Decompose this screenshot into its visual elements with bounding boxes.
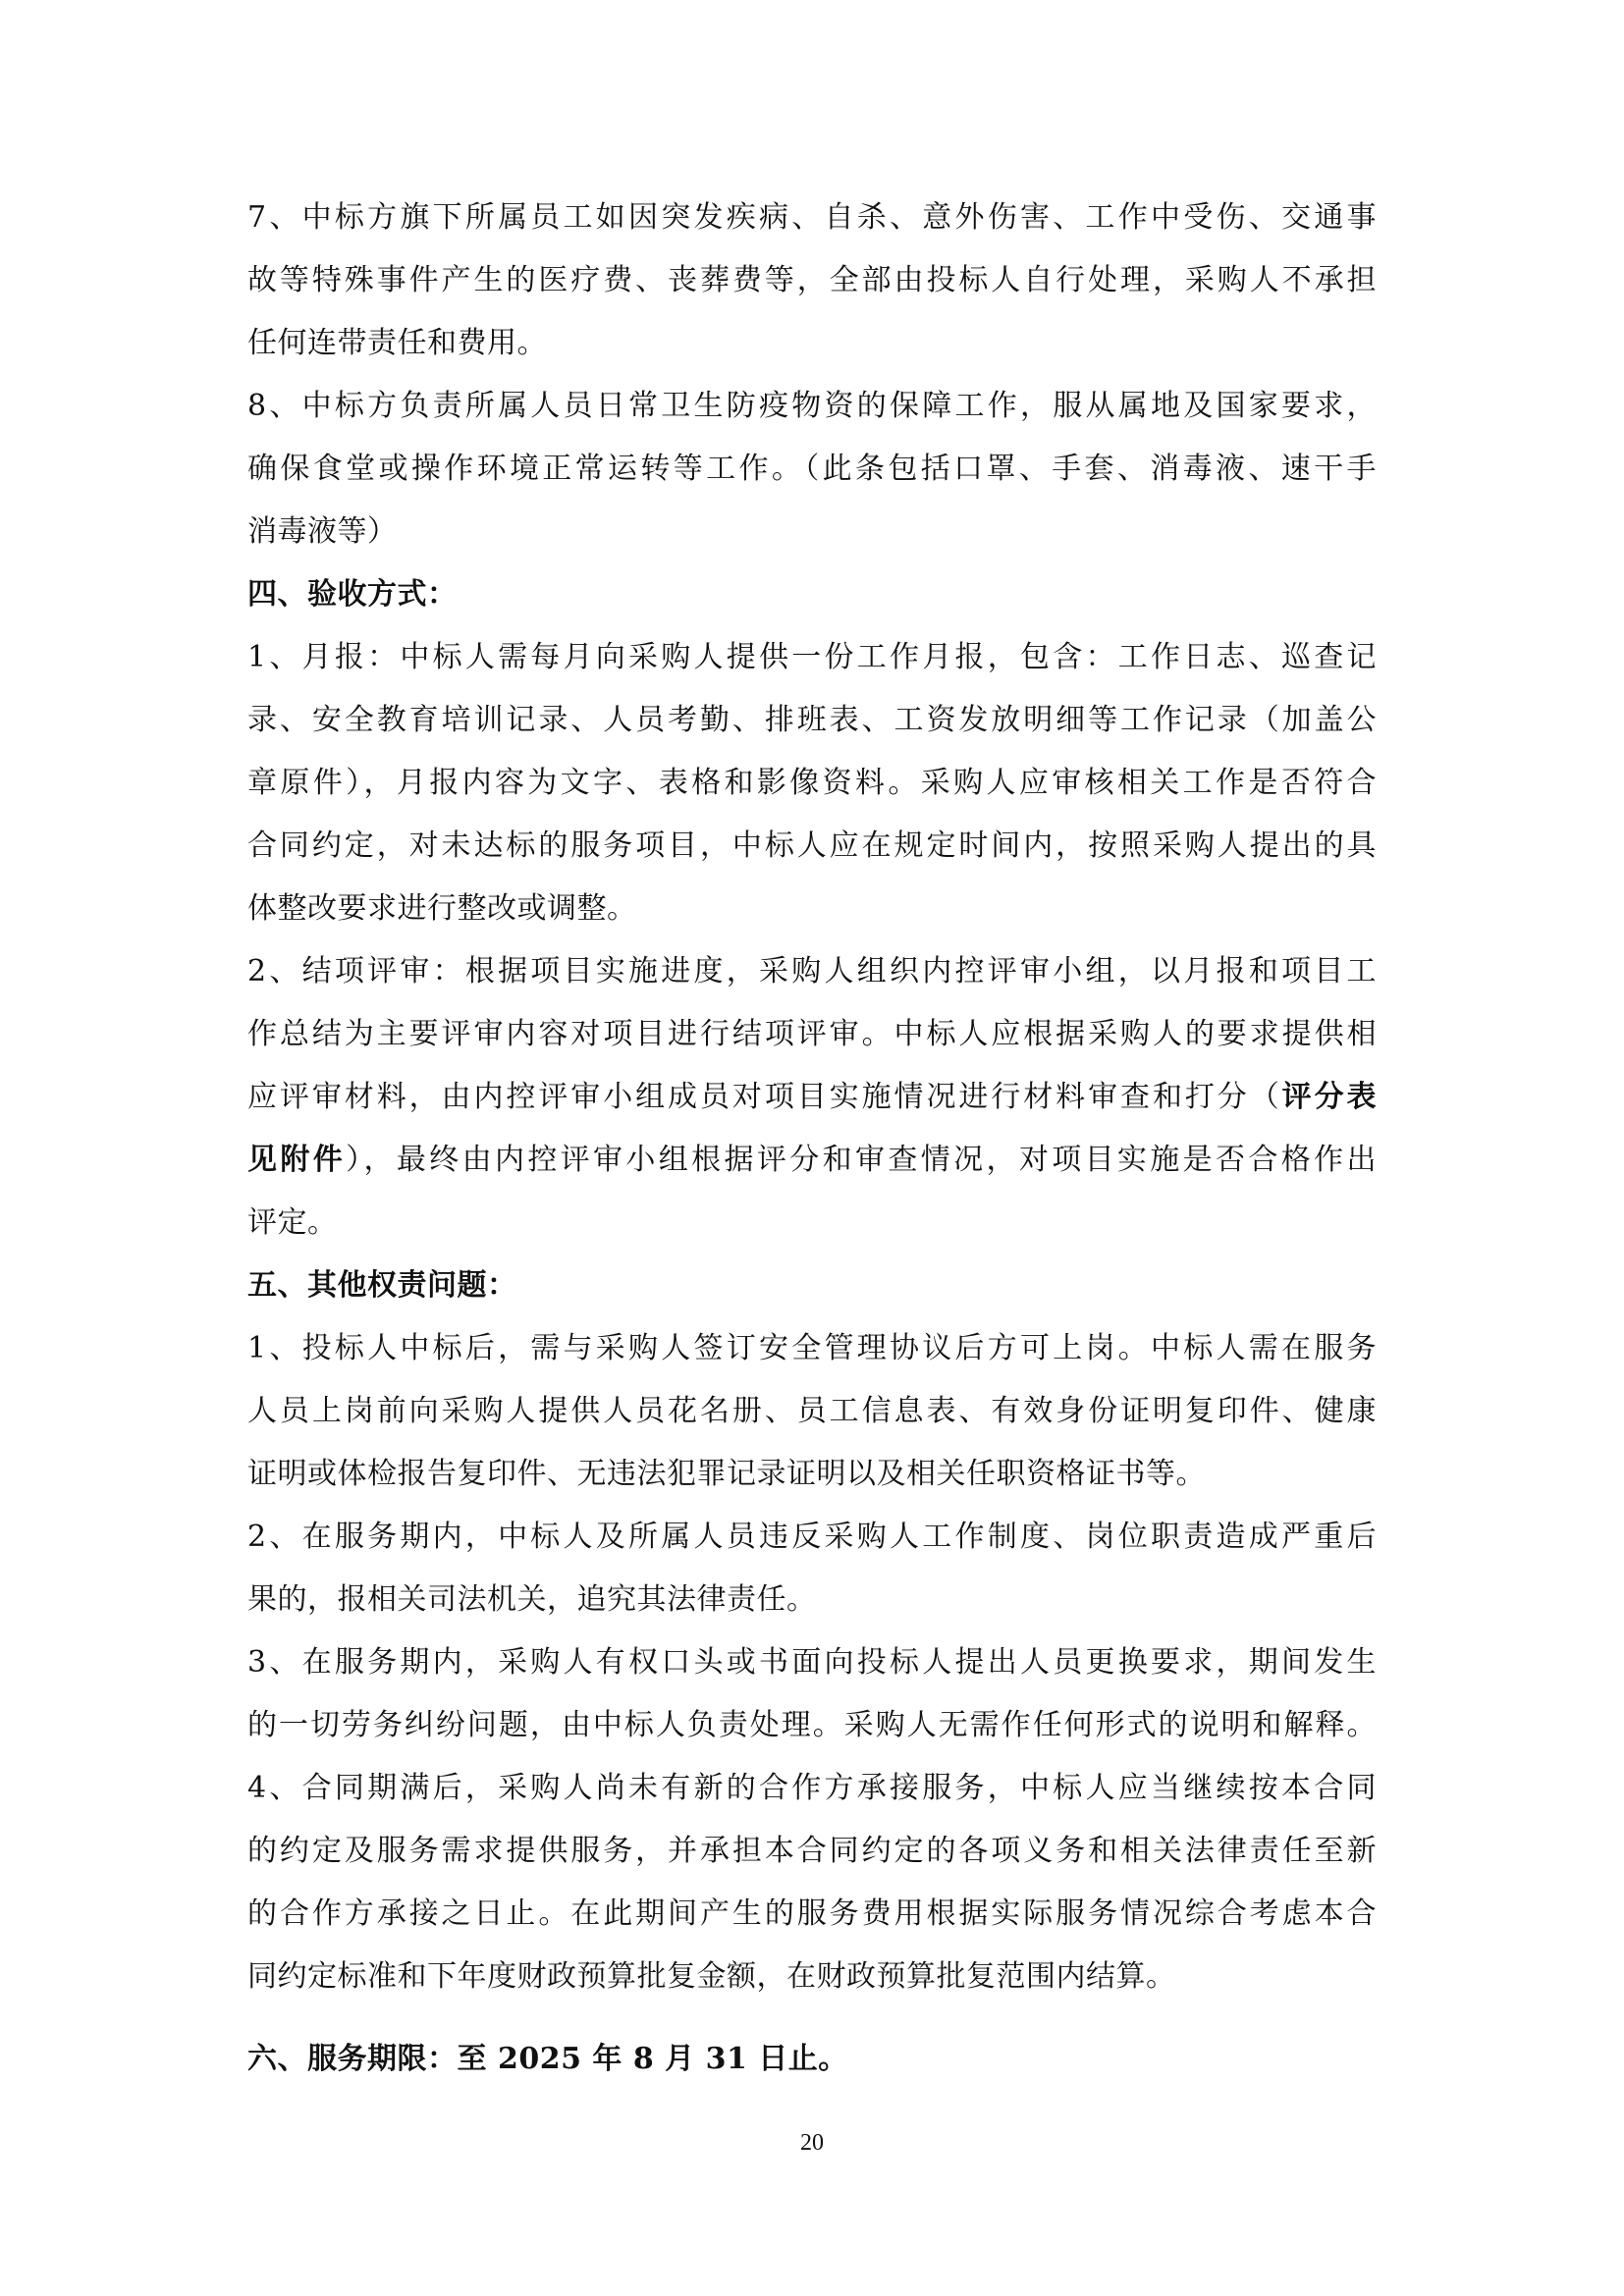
s5-item1-line-3: 证明或体检报告复印件、无违法犯罪记录证明以及相关任职资格证书等。 bbox=[247, 1455, 1377, 1494]
s5-item3-line-2: 的一切劳务纠纷问题，由中标人负责处理。采购人无需作任何形式的说明和解释。 bbox=[247, 1706, 1377, 1745]
s4-item1-line-1: 1、月报：中标人需每月向采购人提供一份工作月报，包含：工作日志、巡查记 bbox=[247, 638, 1377, 677]
s5-item2-line-2: 果的，报相关司法机关，追究其法律责任。 bbox=[247, 1580, 1377, 1620]
item8-line-3: 消毒液等） bbox=[247, 512, 1377, 552]
s5-item4-line-3: 的合作方承接之日止。在此期间产生的服务费用根据实际服务情况综合考虑本合 bbox=[247, 1895, 1377, 1934]
s4-item1-line-2: 录、安全教育培训记录、人员考勤、排班表、工资发放明细等工作记录（加盖公 bbox=[247, 701, 1377, 740]
s4-item2-line-1: 2、结项评审：根据项目实施进度，采购人组织内控评审小组，以月报和项目工 bbox=[247, 952, 1377, 991]
s4-item2-line-3-text: 应评审材料，由内控评审小组成员对项目实施情况进行材料审查和打分（ bbox=[247, 1080, 1282, 1114]
item8-line-2: 确保食堂或操作环境正常运转等工作。（此条包括口罩、手套、消毒液、速干手 bbox=[247, 450, 1377, 489]
item7-line-1: 7、中标方旗下所属员工如因突发疾病、自杀、意外伤害、工作中受伤、交通事 bbox=[247, 198, 1377, 238]
s4-item2-line-2: 作总结为主要评审内容对项目进行结项评审。中标人应根据采购人的要求提供相 bbox=[247, 1015, 1377, 1054]
s5-item1-line-1: 1、投标人中标后，需与采购人签订安全管理协议后方可上岗。中标人需在服务 bbox=[247, 1329, 1377, 1368]
s4-item1-line-5: 体整改要求进行整改或调整。 bbox=[247, 889, 1377, 929]
s4-item2-line-4-text: ），最终由内控评审小组根据评分和审查情况，对项目实施是否合格作出 bbox=[346, 1143, 1377, 1177]
section5-heading: 五、其他权责问题： bbox=[247, 1266, 1377, 1306]
section6-heading: 六、服务期限：至 2025 年 8 月 31 日止。 bbox=[247, 2040, 1377, 2079]
s4-item2-line-4: 见附件），最终由内控评审小组根据评分和审查情况，对项目实施是否合格作出 bbox=[247, 1141, 1377, 1180]
s4-item2-line-3: 应评审材料，由内控评审小组成员对项目实施情况进行材料审查和打分（评分表 bbox=[247, 1078, 1377, 1117]
s5-item4-line-2: 的约定及服务需求提供服务，并承担本合同约定的各项义务和相关法律责任至新 bbox=[247, 1832, 1377, 1871]
page-number: 20 bbox=[0, 2128, 1624, 2158]
s5-item4-line-1: 4、合同期满后，采购人尚未有新的合作方承接服务，中标人应当继续按本合同 bbox=[247, 1769, 1377, 1808]
item8-line-1: 8、中标方负责所属人员日常卫生防疫物资的保障工作，服从属地及国家要求， bbox=[247, 387, 1377, 426]
s4-item1-line-3: 章原件），月报内容为文字、表格和影像资料。采购人应审核相关工作是否符合 bbox=[247, 764, 1377, 803]
document-page: 7、中标方旗下所属员工如因突发疾病、自杀、意外伤害、工作中受伤、交通事 故等特殊… bbox=[0, 0, 1624, 2296]
section4-heading: 四、验收方式： bbox=[247, 575, 1377, 614]
s5-item3-line-1: 3、在服务期内，采购人有权口头或书面向投标人提出人员更换要求，期间发生 bbox=[247, 1643, 1377, 1682]
item7-line-3: 任何连带责任和费用。 bbox=[247, 324, 1377, 363]
s4-item1-line-4: 合同约定，对未达标的服务项目，中标人应在规定时间内，按照采购人提出的具 bbox=[247, 827, 1377, 866]
item7-line-2: 故等特殊事件产生的医疗费、丧葬费等，全部由投标人自行处理，采购人不承担 bbox=[247, 261, 1377, 300]
s5-item4-line-4: 同约定标准和下年度财政预算批复金额，在财政预算批复范围内结算。 bbox=[247, 1957, 1377, 1997]
scoring-table-ref: 评分表 bbox=[1282, 1080, 1377, 1114]
attachment-ref: 见附件 bbox=[247, 1143, 346, 1177]
s5-item2-line-1: 2、在服务期内，中标人及所属人员违反采购人工作制度、岗位职责造成严重后 bbox=[247, 1518, 1377, 1557]
s4-item2-line-5: 评定。 bbox=[247, 1203, 1377, 1243]
s5-item1-line-2: 人员上岗前向采购人提供人员花名册、员工信息表、有效身份证明复印件、健康 bbox=[247, 1392, 1377, 1431]
